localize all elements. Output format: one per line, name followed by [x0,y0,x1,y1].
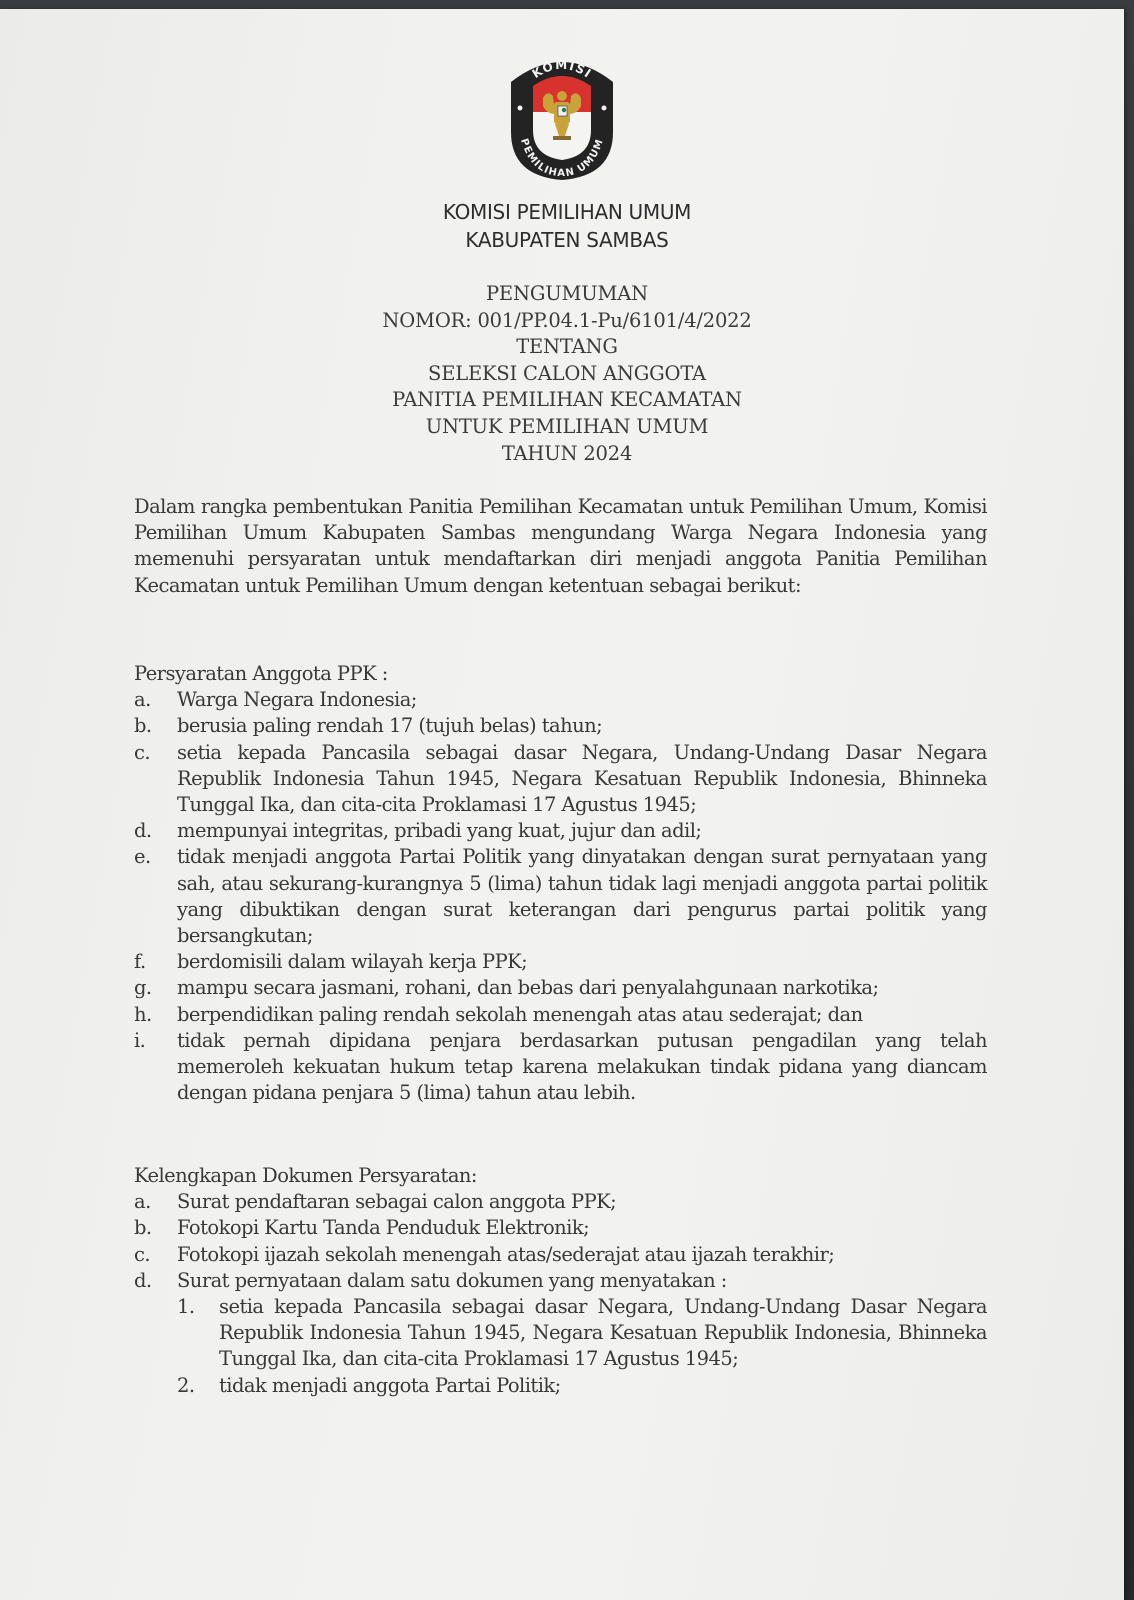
sublist-item: 2.tidak menjadi anggota Partai Politik; [177,1373,987,1399]
list-item: d.mempunyai integritas, pribadi yang kua… [134,818,987,844]
list-marker: c. [134,1242,150,1268]
list-marker: e. [134,844,151,870]
list-item: e.tidak menjadi anggota Partai Politik y… [134,844,987,949]
list-marker: d. [134,818,152,844]
list-item: c.Fotokopi ijazah sekolah menengah atas/… [134,1242,987,1268]
list-item-text: Surat pendaftaran sebagai calon anggota … [177,1190,616,1213]
announcement-label: PENGUMUMAN [0,281,1134,308]
list-item-text: berusia paling rendah 17 (tujuh belas) t… [177,714,602,737]
requirements-heading: Persyaratan Anggota PPK : [134,661,987,687]
list-item-text: Fotokopi Kartu Tanda Penduduk Elektronik… [177,1216,589,1239]
list-item: a.Surat pendaftaran sebagai calon anggot… [134,1189,987,1215]
sublist-marker: 2. [177,1373,195,1399]
list-marker: i. [134,1028,145,1054]
list-item-text: berpendidikan paling rendah sekolah mene… [177,1003,863,1026]
requirements-section: Persyaratan Anggota PPK : a.Warga Negara… [134,661,987,1106]
list-item-text: Warga Negara Indonesia; [177,688,417,711]
sublist-marker: 1. [177,1294,195,1320]
list-item: h.berpendidikan paling rendah sekolah me… [134,1002,987,1028]
list-item: g.mampu secara jasmani, rohani, dan beba… [134,975,987,1001]
documents-section: Kelengkapan Dokumen Persyaratan: a.Surat… [134,1163,987,1399]
list-item: b.Fotokopi Kartu Tanda Penduduk Elektron… [134,1215,987,1241]
announcement-title-block: PENGUMUMAN NOMOR: 001/PP.04.1-Pu/6101/4/… [0,281,1134,467]
announcement-year: TAHUN 2024 [0,441,1134,468]
list-marker: f. [134,949,146,975]
list-item-text: Surat pernyataan dalam satu dokumen yang… [177,1269,727,1292]
list-item-text: setia kepada Pancasila sebagai dasar Neg… [177,741,987,816]
announcement-subject-line-1: SELEKSI CALON ANGGOTA [0,361,1134,388]
announcement-about-label: TENTANG [0,334,1134,361]
list-marker: h. [134,1002,152,1028]
announcement-number: NOMOR: 001/PP.04.1-Pu/6101/4/2022 [0,308,1134,335]
announcement-subject-line-2: PANITIA PEMILIHAN KECAMATAN [0,387,1134,414]
list-item: d.Surat pernyataan dalam satu dokumen ya… [134,1268,987,1399]
sublist-item: 1.setia kepada Pancasila sebagai dasar N… [177,1294,987,1373]
list-item-text: berdomisili dalam wilayah kerja PPK; [177,950,527,973]
requirements-list: a.Warga Negara Indonesia; b.berusia pali… [134,687,987,1106]
statement-sublist: 1.setia kepada Pancasila sebagai dasar N… [177,1294,987,1399]
list-item-text: Fotokopi ijazah sekolah menengah atas/se… [177,1243,834,1266]
list-item-text: mempunyai integritas, pribadi yang kuat,… [177,819,701,842]
list-item: f.berdomisili dalam wilayah kerja PPK; [134,949,987,975]
list-item: b.berusia paling rendah 17 (tujuh belas)… [134,713,987,739]
list-marker: a. [134,687,151,713]
documents-list: a.Surat pendaftaran sebagai calon anggot… [134,1189,987,1399]
list-item: c.setia kepada Pancasila sebagai dasar N… [134,740,987,819]
list-marker: b. [134,713,152,739]
list-item-text: tidak menjadi anggota Partai Politik yan… [177,845,987,947]
announcement-subject-line-3: UNTUK PEMILIHAN UMUM [0,414,1134,441]
list-marker: d. [134,1268,152,1294]
list-item: i.tidak pernah dipidana penjara berdasar… [134,1028,987,1107]
list-marker: a. [134,1189,151,1215]
organization-name: KOMISI PEMILIHAN UMUM [0,200,1134,224]
kpu-garuda-emblem-icon: KOMISI PEMILIHAN UMUM [503,48,621,182]
list-marker: b. [134,1215,152,1241]
list-item-text: mampu secara jasmani, rohani, dan bebas … [177,976,878,999]
documents-heading: Kelengkapan Dokumen Persyaratan: [134,1163,987,1189]
list-item: a.Warga Negara Indonesia; [134,687,987,713]
list-marker: g. [134,975,152,1001]
intro-paragraph: Dalam rangka pembentukan Panitia Pemilih… [134,494,987,599]
sublist-item-text: setia kepada Pancasila sebagai dasar Neg… [219,1295,987,1370]
list-item-text: tidak pernah dipidana penjara berdasarka… [177,1029,987,1104]
list-marker: c. [134,740,150,766]
sublist-item-text: tidak menjadi anggota Partai Politik; [219,1374,561,1397]
organization-region: KABUPATEN SAMBAS [0,228,1134,252]
